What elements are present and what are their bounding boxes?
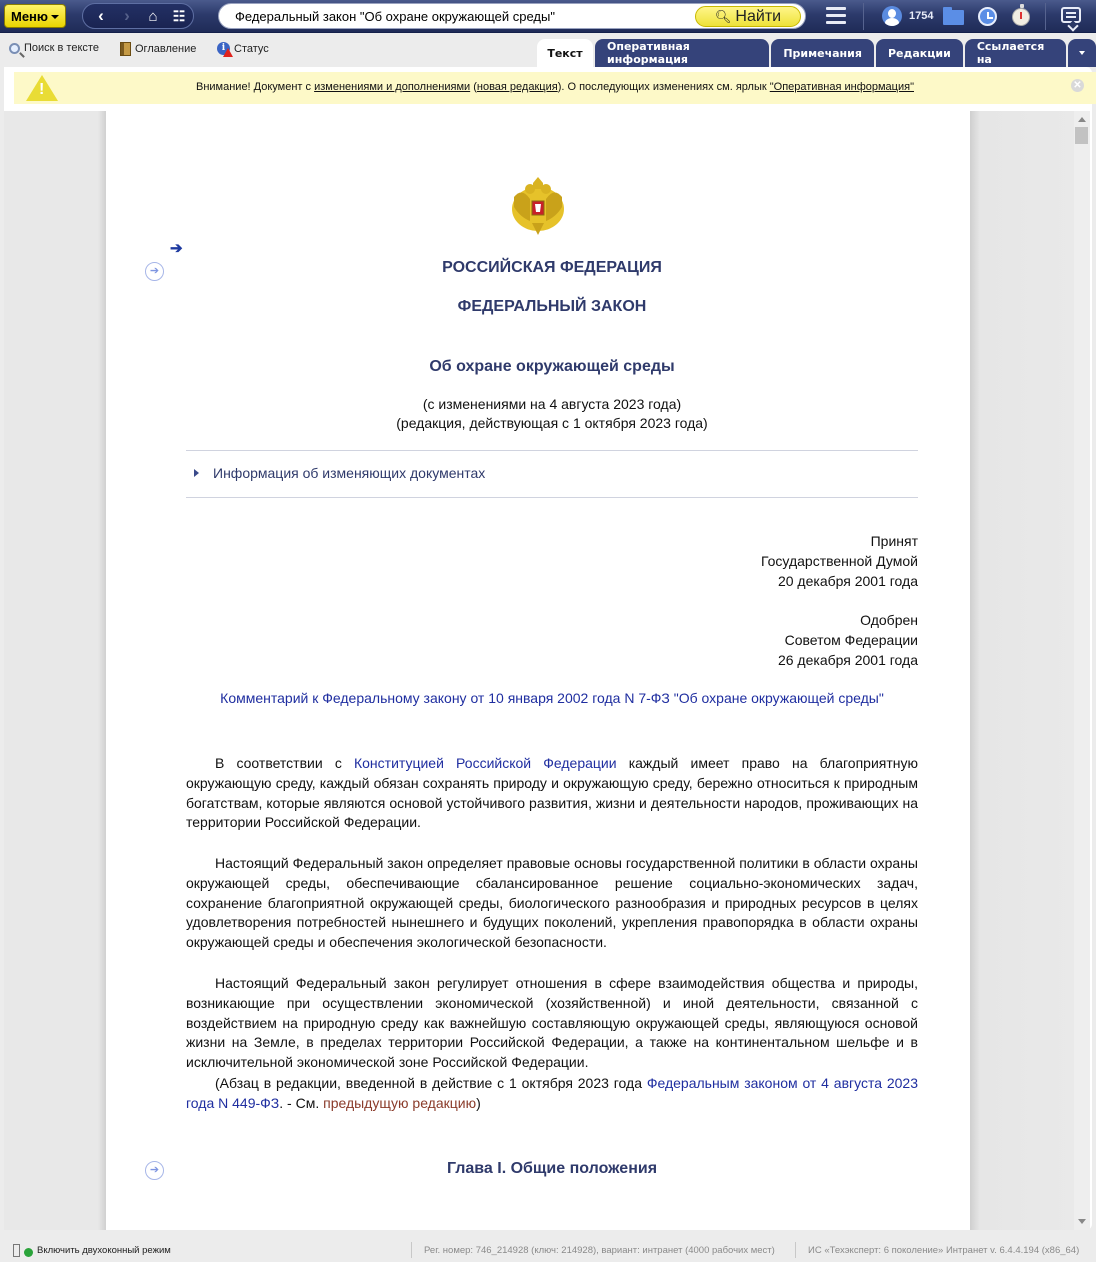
approved-date: 26 декабря 2001 года <box>778 650 918 670</box>
changing-documents-toggle[interactable]: Информация об изменяющих документах <box>186 461 918 485</box>
tab-notes[interactable]: Примечания <box>771 39 874 67</box>
bookmark-arrow-icon[interactable]: ➔ <box>170 239 183 257</box>
two-window-icon <box>13 1244 33 1256</box>
document-title: Об охране окружающей среды <box>186 358 918 376</box>
stopwatch-icon[interactable] <box>1012 8 1030 26</box>
commentary-link[interactable]: Комментарий к Федеральному закону от 10 … <box>186 690 918 706</box>
divider <box>863 3 864 30</box>
circle-arrow-icon[interactable]: ➔ <box>145 262 164 281</box>
country-heading: РОССИЙСКАЯ ФЕДЕРАЦИЯ <box>186 259 918 277</box>
forward-icon[interactable]: › <box>117 6 137 26</box>
expand-triangle-icon <box>194 469 199 477</box>
user-count: 1754 <box>909 10 933 22</box>
changing-documents-label: Информация об изменяющих документах <box>213 465 485 481</box>
history-clock-icon[interactable] <box>978 7 997 26</box>
status-button[interactable]: i Статус <box>217 42 269 55</box>
tabs-more-button[interactable] <box>1068 39 1096 67</box>
note-text: (Абзац в редакции, введенной в действие … <box>215 1075 647 1091</box>
previous-edition-link[interactable]: предыдущую редакцию <box>323 1095 476 1111</box>
menu-button[interactable]: Меню <box>4 4 66 28</box>
search-in-text-button[interactable]: Поиск в тексте <box>9 42 99 54</box>
approved-line: Одобрен <box>778 610 918 630</box>
contents-button[interactable]: Оглавление <box>120 42 196 56</box>
new-edition-link[interactable]: новая редакция <box>477 81 558 93</box>
note-text: . - См. <box>279 1095 323 1111</box>
constitution-link[interactable]: Конституцией Российской Федерации <box>354 755 617 771</box>
operative-info-link[interactable]: "Оперативная информация" <box>770 81 914 93</box>
changes-link[interactable]: изменениями и дополнениями <box>314 81 470 93</box>
menu-label: Меню <box>11 9 48 24</box>
notice-text-part: ). О последующих изменениях см. ярлык <box>558 81 770 93</box>
hamburger-menu-icon[interactable] <box>826 7 846 25</box>
user-icon[interactable] <box>882 6 902 26</box>
adopted-block: Принят Государственной Думой 20 декабря … <box>761 531 918 591</box>
contents-label: Оглавление <box>135 43 196 55</box>
version-info: ИС «Техэксперт: 6 поколение» Интранет v.… <box>808 1245 1079 1256</box>
close-icon[interactable]: ✕ <box>1071 79 1084 92</box>
chapter-heading: Глава I. Общие положения <box>186 1160 918 1178</box>
document-tabs: Текст Оперативная информация Примечания … <box>537 39 1096 67</box>
right-margin <box>970 111 1074 1230</box>
registration-info: Рег. номер: 746_214928 (ключ: 214928), в… <box>424 1245 775 1256</box>
approved-line: Советом Федерации <box>778 630 918 650</box>
back-icon[interactable]: ‹ <box>91 6 111 26</box>
navigation-group: ‹ › ⌂ ☷ <box>82 3 194 29</box>
status-bar: Включить двухоконный режим Рег. номер: 7… <box>0 1238 1096 1262</box>
tab-editions[interactable]: Редакции <box>876 39 963 67</box>
scroll-down-icon[interactable] <box>1078 1219 1086 1224</box>
info-warning-icon: i <box>217 42 230 55</box>
approved-block: Одобрен Советом Федерации 26 декабря 200… <box>778 610 918 670</box>
adopted-date: 20 декабря 2001 года <box>761 571 918 591</box>
circle-arrow-icon[interactable]: ➔ <box>145 1161 164 1180</box>
divider <box>186 497 918 498</box>
two-window-label: Включить двухоконный режим <box>37 1245 171 1256</box>
divider <box>411 1242 412 1258</box>
preamble-paragraph-1: В соответствии с Конституцией Российской… <box>186 754 918 833</box>
divider <box>186 450 918 451</box>
chat-icon[interactable] <box>1061 7 1081 23</box>
search-in-text-label: Поиск в тексте <box>24 42 99 54</box>
book-icon <box>120 42 131 56</box>
doc-type-heading: ФЕДЕРАЛЬНЫЙ ЗАКОН <box>186 298 918 316</box>
chevron-down-icon <box>51 15 59 19</box>
tab-references[interactable]: Ссылается на <box>965 39 1066 67</box>
notice-prefix: Внимание! Документ с <box>196 81 314 93</box>
adopted-line: Государственной Думой <box>761 551 918 571</box>
para-text: В соответствии с <box>215 755 354 771</box>
changes-line: (с изменениями на 4 августа 2023 года) <box>186 395 918 414</box>
search-input[interactable] <box>235 7 695 25</box>
edition-line: (редакция, действующая с 1 октября 2023 … <box>186 414 918 433</box>
folder-icon[interactable] <box>943 10 964 25</box>
document-page: ➔ ➔ РОССИЙСКАЯ ФЕДЕРАЦИЯ ФЕДЕРАЛЬНЫЙ ЗАК… <box>106 111 970 1230</box>
notice-text: Внимание! Документ с изменениями и допол… <box>14 81 1096 93</box>
find-label: Найти <box>735 8 781 26</box>
chevron-down-icon <box>1079 51 1085 55</box>
scrollbar-thumb[interactable] <box>1075 127 1088 144</box>
two-window-mode-button[interactable]: Включить двухоконный режим <box>13 1244 171 1256</box>
magnifier-icon <box>9 43 20 54</box>
top-bar: Меню ‹ › ⌂ ☷ 🔍︎ Найти 1754 <box>0 0 1096 33</box>
preamble-paragraph-3: Настоящий Федеральный закон регулирует о… <box>186 974 918 1073</box>
content-frame: Внимание! Документ с изменениями и допол… <box>4 67 1092 1230</box>
coat-of-arms-icon <box>510 177 566 237</box>
status-label: Статус <box>234 43 269 55</box>
divider <box>1045 3 1046 30</box>
preamble-paragraph-2: Настоящий Федеральный закон определяет п… <box>186 854 918 953</box>
notice-text-part: ( <box>470 81 477 93</box>
grid-icon[interactable]: ☷ <box>169 6 189 26</box>
home-icon[interactable]: ⌂ <box>143 6 163 26</box>
tab-text[interactable]: Текст <box>537 39 593 67</box>
search-box: 🔍︎ Найти <box>218 3 806 29</box>
find-button[interactable]: 🔍︎ Найти <box>695 6 801 27</box>
scroll-up-icon[interactable] <box>1078 117 1086 122</box>
left-margin <box>4 111 106 1230</box>
warning-notice: Внимание! Документ с изменениями и допол… <box>14 72 1096 104</box>
edition-note: (Абзац в редакции, введенной в действие … <box>186 1074 918 1114</box>
divider <box>795 1242 796 1258</box>
tab-operative-info[interactable]: Оперативная информация <box>595 39 769 67</box>
note-text: ) <box>476 1095 481 1111</box>
adopted-line: Принят <box>761 531 918 551</box>
vertical-scrollbar[interactable] <box>1074 111 1090 1230</box>
search-icon: 🔍︎ <box>715 9 732 25</box>
